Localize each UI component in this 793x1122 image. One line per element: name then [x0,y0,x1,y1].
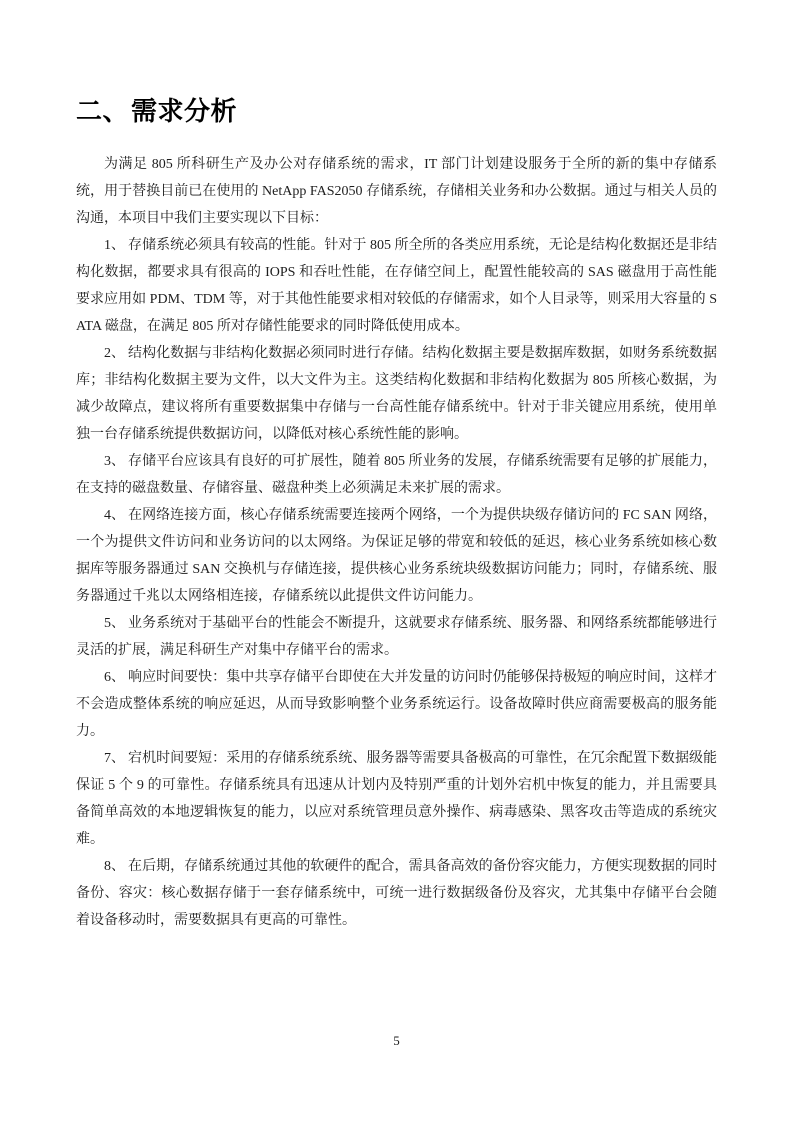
page-number: 5 [393,1033,400,1048]
requirement-item-4: 4、在网络连接方面，核心存储系统需要连接两个网络，一个为提供块级存储访问的 FC… [76,502,717,610]
section-heading: 二、需求分析 [76,0,717,127]
item-text: 响应时间要快：集中共享存储平台即使在大并发量的访问时仍能够保持极短的响应时间，这… [76,670,717,739]
requirement-item-6: 6、响应时间要快：集中共享存储平台即使在大并发量的访问时仍能够保持极短的响应时间… [76,664,717,745]
item-text: 业务系统对于基础平台的性能会不断提升，这就要求存储系统、服务器、和网络系统都能够… [76,616,717,658]
item-number: 8、 [104,859,125,874]
requirement-item-1: 1、存储系统必须具有较高的性能。针对于 805 所全所的各类应用系统，无论是结构… [76,232,717,340]
item-number: 7、 [104,751,125,766]
item-text: 在网络连接方面，核心存储系统需要连接两个网络，一个为提供块级存储访问的 FC S… [76,508,717,604]
item-number: 5、 [104,616,125,631]
item-number: 3、 [104,454,125,469]
requirement-item-8: 8、在后期，存储系统通过其他的软硬件的配合，需具备高效的备份容灾能力，方便实现数… [76,853,717,934]
intro-paragraph: 为满足 805 所科研生产及办公对存储系统的需求，IT 部门计划建设服务于全所的… [76,151,717,232]
item-number: 4、 [104,508,125,523]
document-page: 二、需求分析 为满足 805 所科研生产及办公对存储系统的需求，IT 部门计划建… [0,0,793,1122]
item-number: 1、 [104,238,125,253]
item-text: 在后期，存储系统通过其他的软硬件的配合，需具备高效的备份容灾能力，方便实现数据的… [76,859,717,928]
item-text: 宕机时间要短：采用的存储系统系统、服务器等需要具备极高的可靠性，在冗余配置下数据… [76,751,717,847]
item-number: 6、 [104,670,125,685]
requirement-item-7: 7、宕机时间要短：采用的存储系统系统、服务器等需要具备极高的可靠性，在冗余配置下… [76,745,717,853]
requirement-item-2: 2、结构化数据与非结构化数据必须同时进行存储。结构化数据主要是数据库数据，如财务… [76,340,717,448]
item-text: 存储系统必须具有较高的性能。针对于 805 所全所的各类应用系统，无论是结构化数… [76,238,717,334]
section-number: 二、 [76,96,129,126]
section-title: 需求分析 [131,96,237,126]
item-number: 2、 [104,346,125,361]
item-text: 存储平台应该具有良好的可扩展性，随着 805 所业务的发展，存储系统需要有足够的… [76,454,717,496]
document-content: 二、需求分析 为满足 805 所科研生产及办公对存储系统的需求，IT 部门计划建… [76,0,717,934]
item-text: 结构化数据与非结构化数据必须同时进行存储。结构化数据主要是数据库数据，如财务系统… [76,346,717,442]
page-footer: 5 [0,1033,793,1049]
requirement-item-5: 5、业务系统对于基础平台的性能会不断提升，这就要求存储系统、服务器、和网络系统都… [76,610,717,664]
requirement-item-3: 3、存储平台应该具有良好的可扩展性，随着 805 所业务的发展，存储系统需要有足… [76,448,717,502]
